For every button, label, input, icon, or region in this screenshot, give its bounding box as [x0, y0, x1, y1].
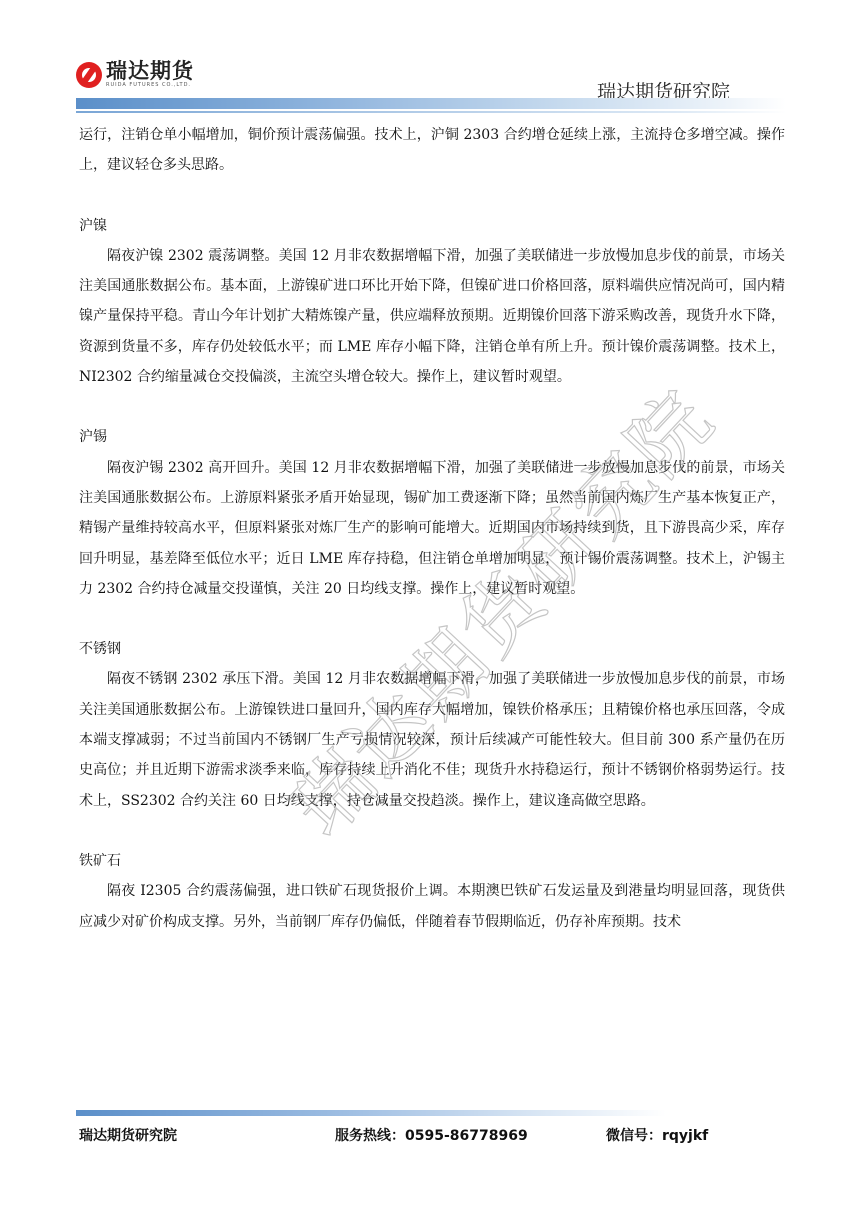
section-text-tin: 隔夜沪锡 2302 高开回升。美国 12 月非农数据增幅下滑，加强了美联储进一步…: [79, 453, 785, 604]
logo-name-en: RUIDA FUTURES CO.,LTD.: [106, 82, 194, 89]
section-title-nickel: 沪镍: [79, 211, 785, 241]
section-text-iron-ore: 隔夜 I2305 合约震荡偏强，进口铁矿石现货报价上调。本期澳巴铁矿石发运量及到…: [79, 876, 785, 937]
header-divider-line: [76, 111, 786, 113]
section-text-stainless-steel: 隔夜不锈钢 2302 承压下滑。美国 12 月非农数据增幅下滑，加强了美联储进一…: [79, 664, 785, 815]
footer-org: 瑞达期货研究院: [79, 1125, 177, 1145]
intro-paragraph: 运行，注销仓单小幅增加，铜价预计震荡偏强。技术上，沪铜 2303 合约增仓延续上…: [79, 120, 785, 181]
footer-hotline: 服务热线：0595-86778969: [335, 1125, 528, 1145]
footer-divider-bar: [76, 1110, 666, 1116]
page-header: 瑞达期货 RUIDA FUTURES CO.,LTD. 瑞达期货研究院: [0, 0, 860, 115]
footer-wechat: 微信号：rqyjkf: [606, 1125, 708, 1145]
logo-name-cn: 瑞达期货: [106, 60, 194, 82]
section-text-nickel: 隔夜沪镍 2302 震荡调整。美国 12 月非农数据增幅下滑，加强了美联储进一步…: [79, 241, 785, 392]
section-title-tin: 沪锡: [79, 422, 785, 452]
section-title-stainless-steel: 不锈钢: [79, 634, 785, 664]
header-divider-bar: [76, 98, 786, 109]
company-logo: 瑞达期货 RUIDA FUTURES CO.,LTD.: [76, 60, 194, 89]
section-title-iron-ore: 铁矿石: [79, 846, 785, 876]
document-body: 运行，注销仓单小幅增加，铜价预计震荡偏强。技术上，沪铜 2303 合约增仓延续上…: [79, 120, 785, 937]
logo-icon: [76, 62, 102, 88]
